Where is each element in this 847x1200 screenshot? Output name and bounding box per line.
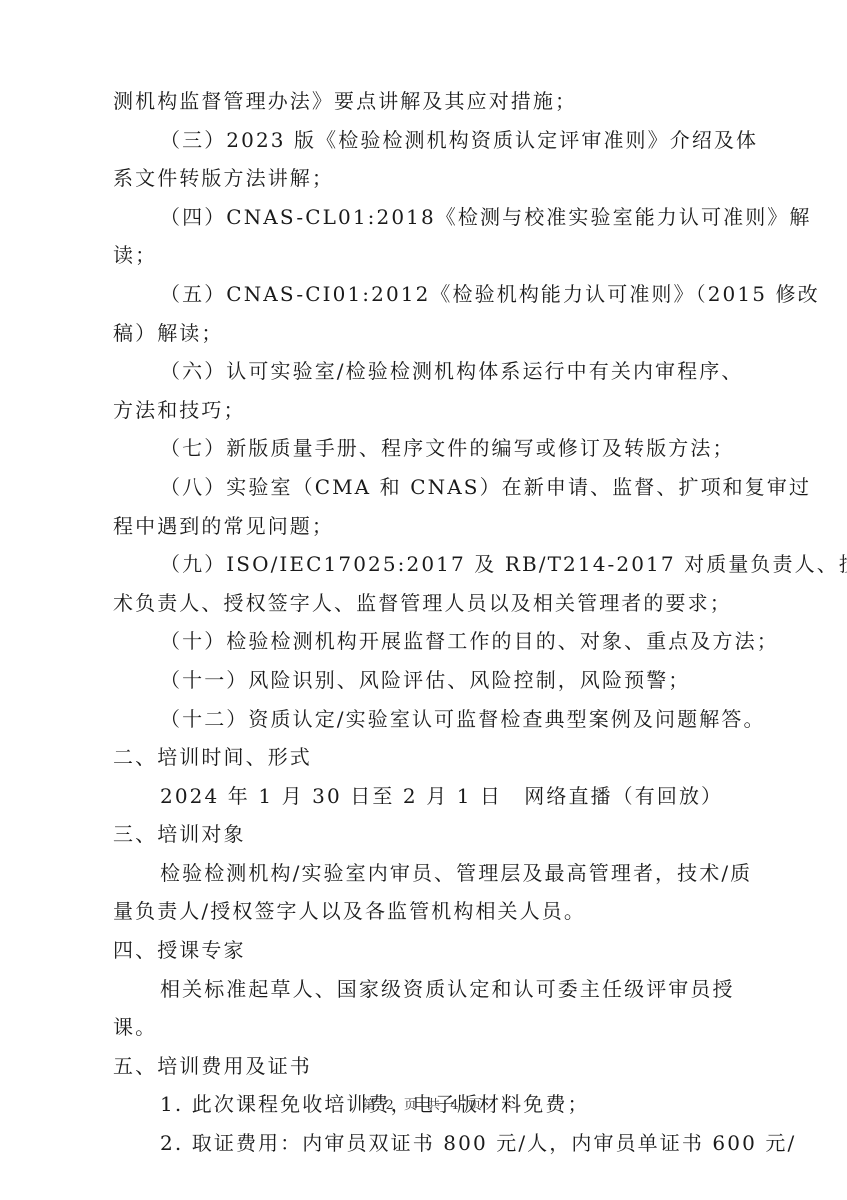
list-item-6: （六）认可实验室/检验检测机构体系运行中有关内审程序、 xyxy=(113,352,738,391)
page-number-footer: 第 2 页 共 4 页 xyxy=(0,1094,847,1113)
list-item-5: （五）CNAS-CI01:2012《检验机构能力认可准则》（2015 修改 xyxy=(113,275,738,314)
list-item-7: （七）新版质量手册、程序文件的编写或修订及转版方法； xyxy=(113,429,738,468)
text-line: 系文件转版方法讲解； xyxy=(113,159,738,198)
text-line: 读； xyxy=(113,236,738,275)
list-item-3: （三）2023 版《检验检测机构资质认定评审准则》介绍及体 xyxy=(113,121,738,160)
document-page: 测机构监督管理办法》要点讲解及其应对措施； （三）2023 版《检验检测机构资质… xyxy=(0,0,847,1200)
list-item-11: （十一）风险识别、风险评估、风险控制，风险预警； xyxy=(113,661,738,700)
list-item-9: （九）ISO/IEC17025:2017 及 RB/T214-2017 对质量负… xyxy=(113,545,738,584)
text-line: 程中遇到的常见问题； xyxy=(113,507,738,546)
list-item-12: （十二）资质认定/实验室认可监督检查典型案例及问题解答。 xyxy=(113,700,738,739)
list-item-8: （八）实验室（CMA 和 CNAS）在新申请、监督、扩项和复审过 xyxy=(113,468,738,507)
list-item-4: （四）CNAS-CL01:2018《检测与校准实验室能力认可准则》解 xyxy=(113,198,738,237)
training-time-text: 2024 年 1 月 30 日至 2 月 1 日 网络直播（有回放） xyxy=(113,777,738,816)
text-line: 方法和技巧； xyxy=(113,391,738,430)
fee-item-2: 2. 取证费用：内审员双证书 800 元/人，内审员单证书 600 元/ xyxy=(113,1124,738,1163)
section-heading-5: 五、培训费用及证书 xyxy=(113,1047,738,1086)
text-line: 量负责人/授权签字人以及各监管机构相关人员。 xyxy=(113,892,738,931)
section-heading-3: 三、培训对象 xyxy=(113,815,738,854)
audience-text: 检验检测机构/实验室内审员、管理层及最高管理者，技术/质 xyxy=(113,854,738,893)
section-heading-2: 二、培训时间、形式 xyxy=(113,738,738,777)
document-body: 测机构监督管理办法》要点讲解及其应对措施； （三）2023 版《检验检测机构资质… xyxy=(113,82,738,1163)
text-line: 课。 xyxy=(113,1008,738,1047)
experts-text: 相关标准起草人、国家级资质认定和认可委主任级评审员授 xyxy=(113,970,738,1009)
text-line: 术负责人、授权签字人、监督管理人员以及相关管理者的要求； xyxy=(113,584,738,623)
section-heading-4: 四、授课专家 xyxy=(113,931,738,970)
text-line: 稿）解读； xyxy=(113,314,738,353)
list-item-10: （十）检验检测机构开展监督工作的目的、对象、重点及方法； xyxy=(113,622,738,661)
text-line: 测机构监督管理办法》要点讲解及其应对措施； xyxy=(113,82,738,121)
